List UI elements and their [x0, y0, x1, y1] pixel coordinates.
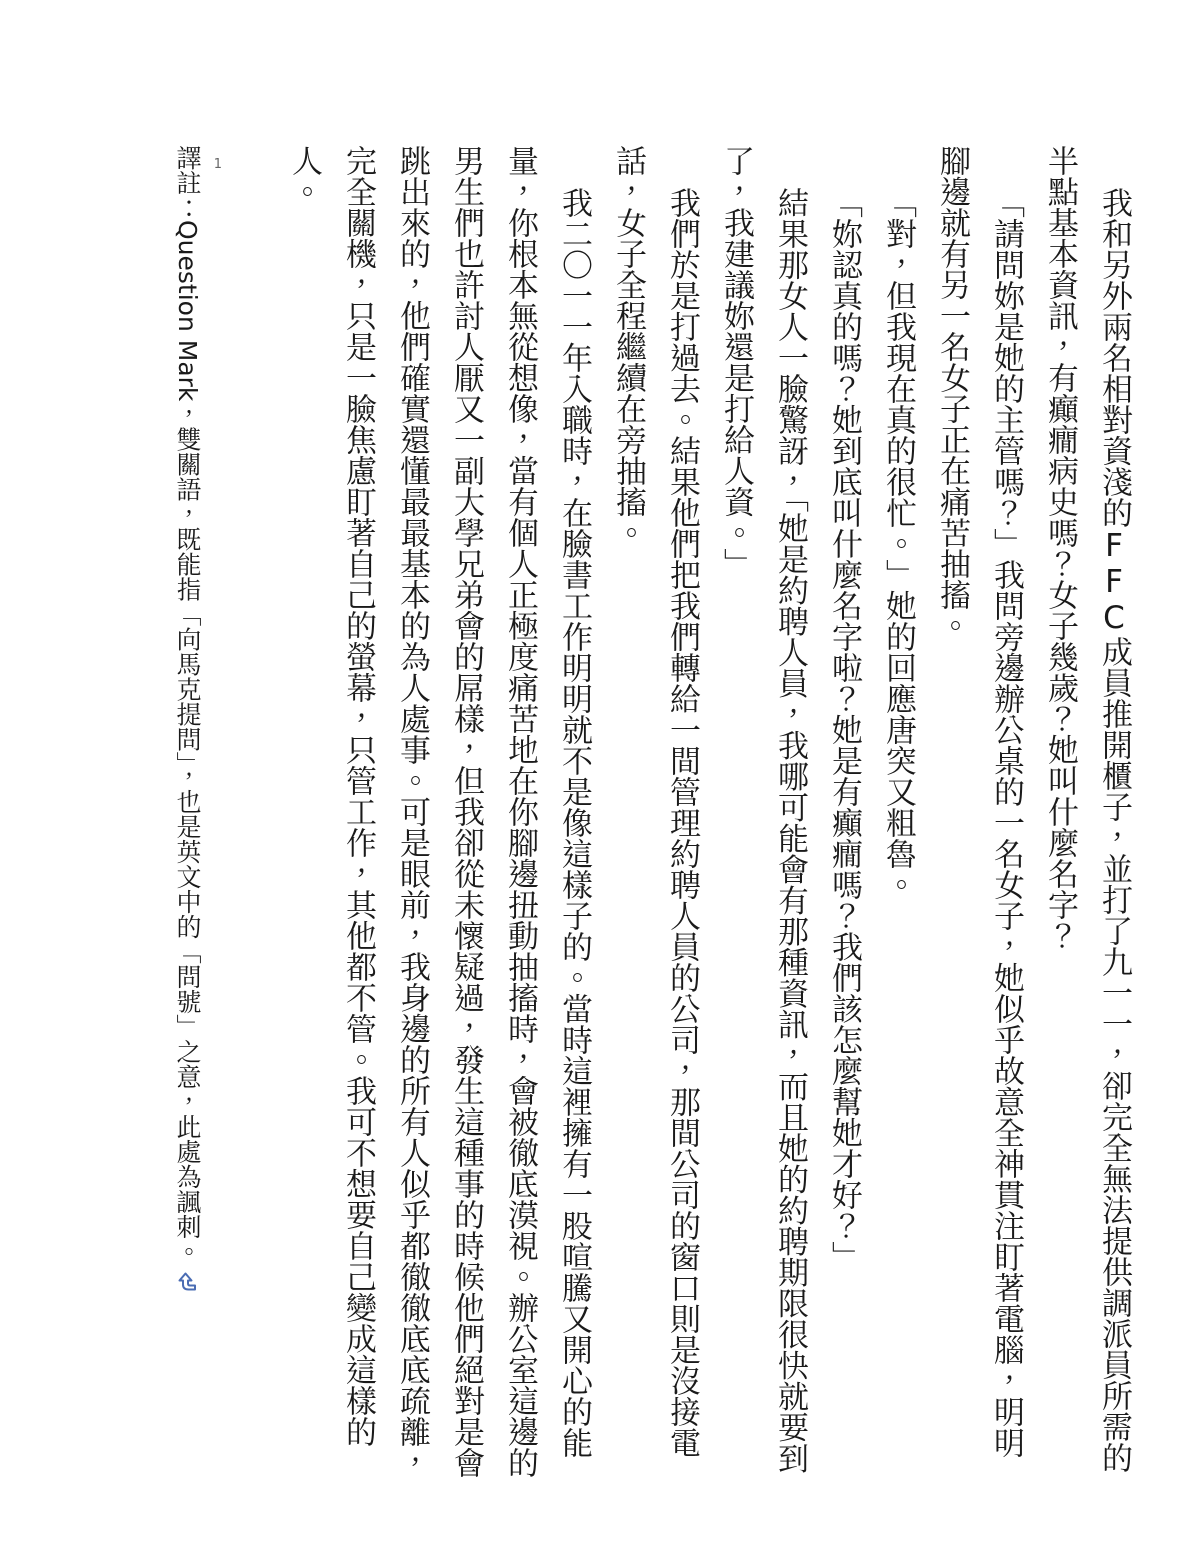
footnote-latin-text: Question Mark — [173, 220, 202, 401]
footnote-return-icon[interactable] — [175, 1270, 199, 1294]
paragraph-2-text: 「請問妳是她的主管嗎？」我問旁邊辦公桌的一名女子，她似乎故意全神貫注盯著電腦，明… — [934, 145, 1024, 1458]
book-page: 我和另外兩名相對資淺的FFC成員推開櫃子，並打了九一一，卻完全無法提供調派員所需… — [0, 0, 1200, 1553]
paragraph-5: 結果那女人一臉驚訝，「她是約聘人員，我哪可能會有那種資訊，而且她的約聘期限很快就… — [709, 145, 817, 1483]
paragraph-4-text: 「妳認真的嗎？她到底叫什麼名字啦？她是有癲癇嗎？我們該怎麼幫她才好？」 — [826, 187, 862, 1272]
paragraph-7: 我二〇一一年入職時，在臉書工作明明就不是像這樣子的。當時這裡擁有一股喧騰又開心的… — [277, 145, 601, 1483]
latin-upright-ffc: FFC — [1096, 528, 1132, 636]
paragraph-4: 「妳認真的嗎？她到底叫什麼名字啦？她是有癲癇嗎？我們該怎麼幫她才好？」 — [817, 145, 871, 1483]
paragraph-3-text: 「對，但我現在真的很忙。」她的回應唐突又粗魯。 — [880, 187, 916, 900]
page-content: 我和另外兩名相對資淺的FFC成員推開櫃子，並打了九一一，卻完全無法提供調派員所需… — [167, 145, 1141, 1483]
translator-footnote: 1譯註：Question Mark，雙關語，既能指「向馬克提問」，也是英文中的「… — [167, 145, 207, 1483]
paragraph-6-text: 我們於是打過去。結果他們把我們轉給一間管理約聘人員的公司，那間公司的窗口則是沒接… — [610, 145, 700, 1458]
main-text: 我和另外兩名相對資淺的FFC成員推開櫃子，並打了九一一，卻完全無法提供調派員所需… — [277, 145, 1141, 1483]
paragraph-3: 「對，但我現在真的很忙。」她的回應唐突又粗魯。 — [871, 145, 925, 1483]
paragraph-7-text: 我二〇一一年入職時，在臉書工作明明就不是像這樣子的。當時這裡擁有一股喧騰又開心的… — [286, 145, 592, 1478]
paragraph-5-text: 結果那女人一臉驚訝，「她是約聘人員，我哪可能會有那種資訊，而且她的約聘期限很快就… — [718, 145, 808, 1474]
footnote-label: 譯註： — [173, 145, 202, 220]
paragraph-6: 我們於是打過去。結果他們把我們轉給一間管理約聘人員的公司，那間公司的窗口則是沒接… — [601, 145, 709, 1483]
footnote-marker: 1 — [214, 145, 222, 185]
paragraph-1-text: 我和另外兩名相對資淺的 — [1096, 187, 1132, 528]
paragraph-1: 我和另外兩名相對資淺的FFC成員推開櫃子，並打了九一一，卻完全無法提供調派員所需… — [1033, 145, 1141, 1483]
paragraph-2: 「請問妳是她的主管嗎？」我問旁邊辦公桌的一名女子，她似乎故意全神貫注盯著電腦，明… — [925, 145, 1033, 1483]
footnote-text: ，雙關語，既能指「向馬克提問」，也是英文中的「問號」之意，此處為諷刺。 — [173, 401, 202, 1264]
